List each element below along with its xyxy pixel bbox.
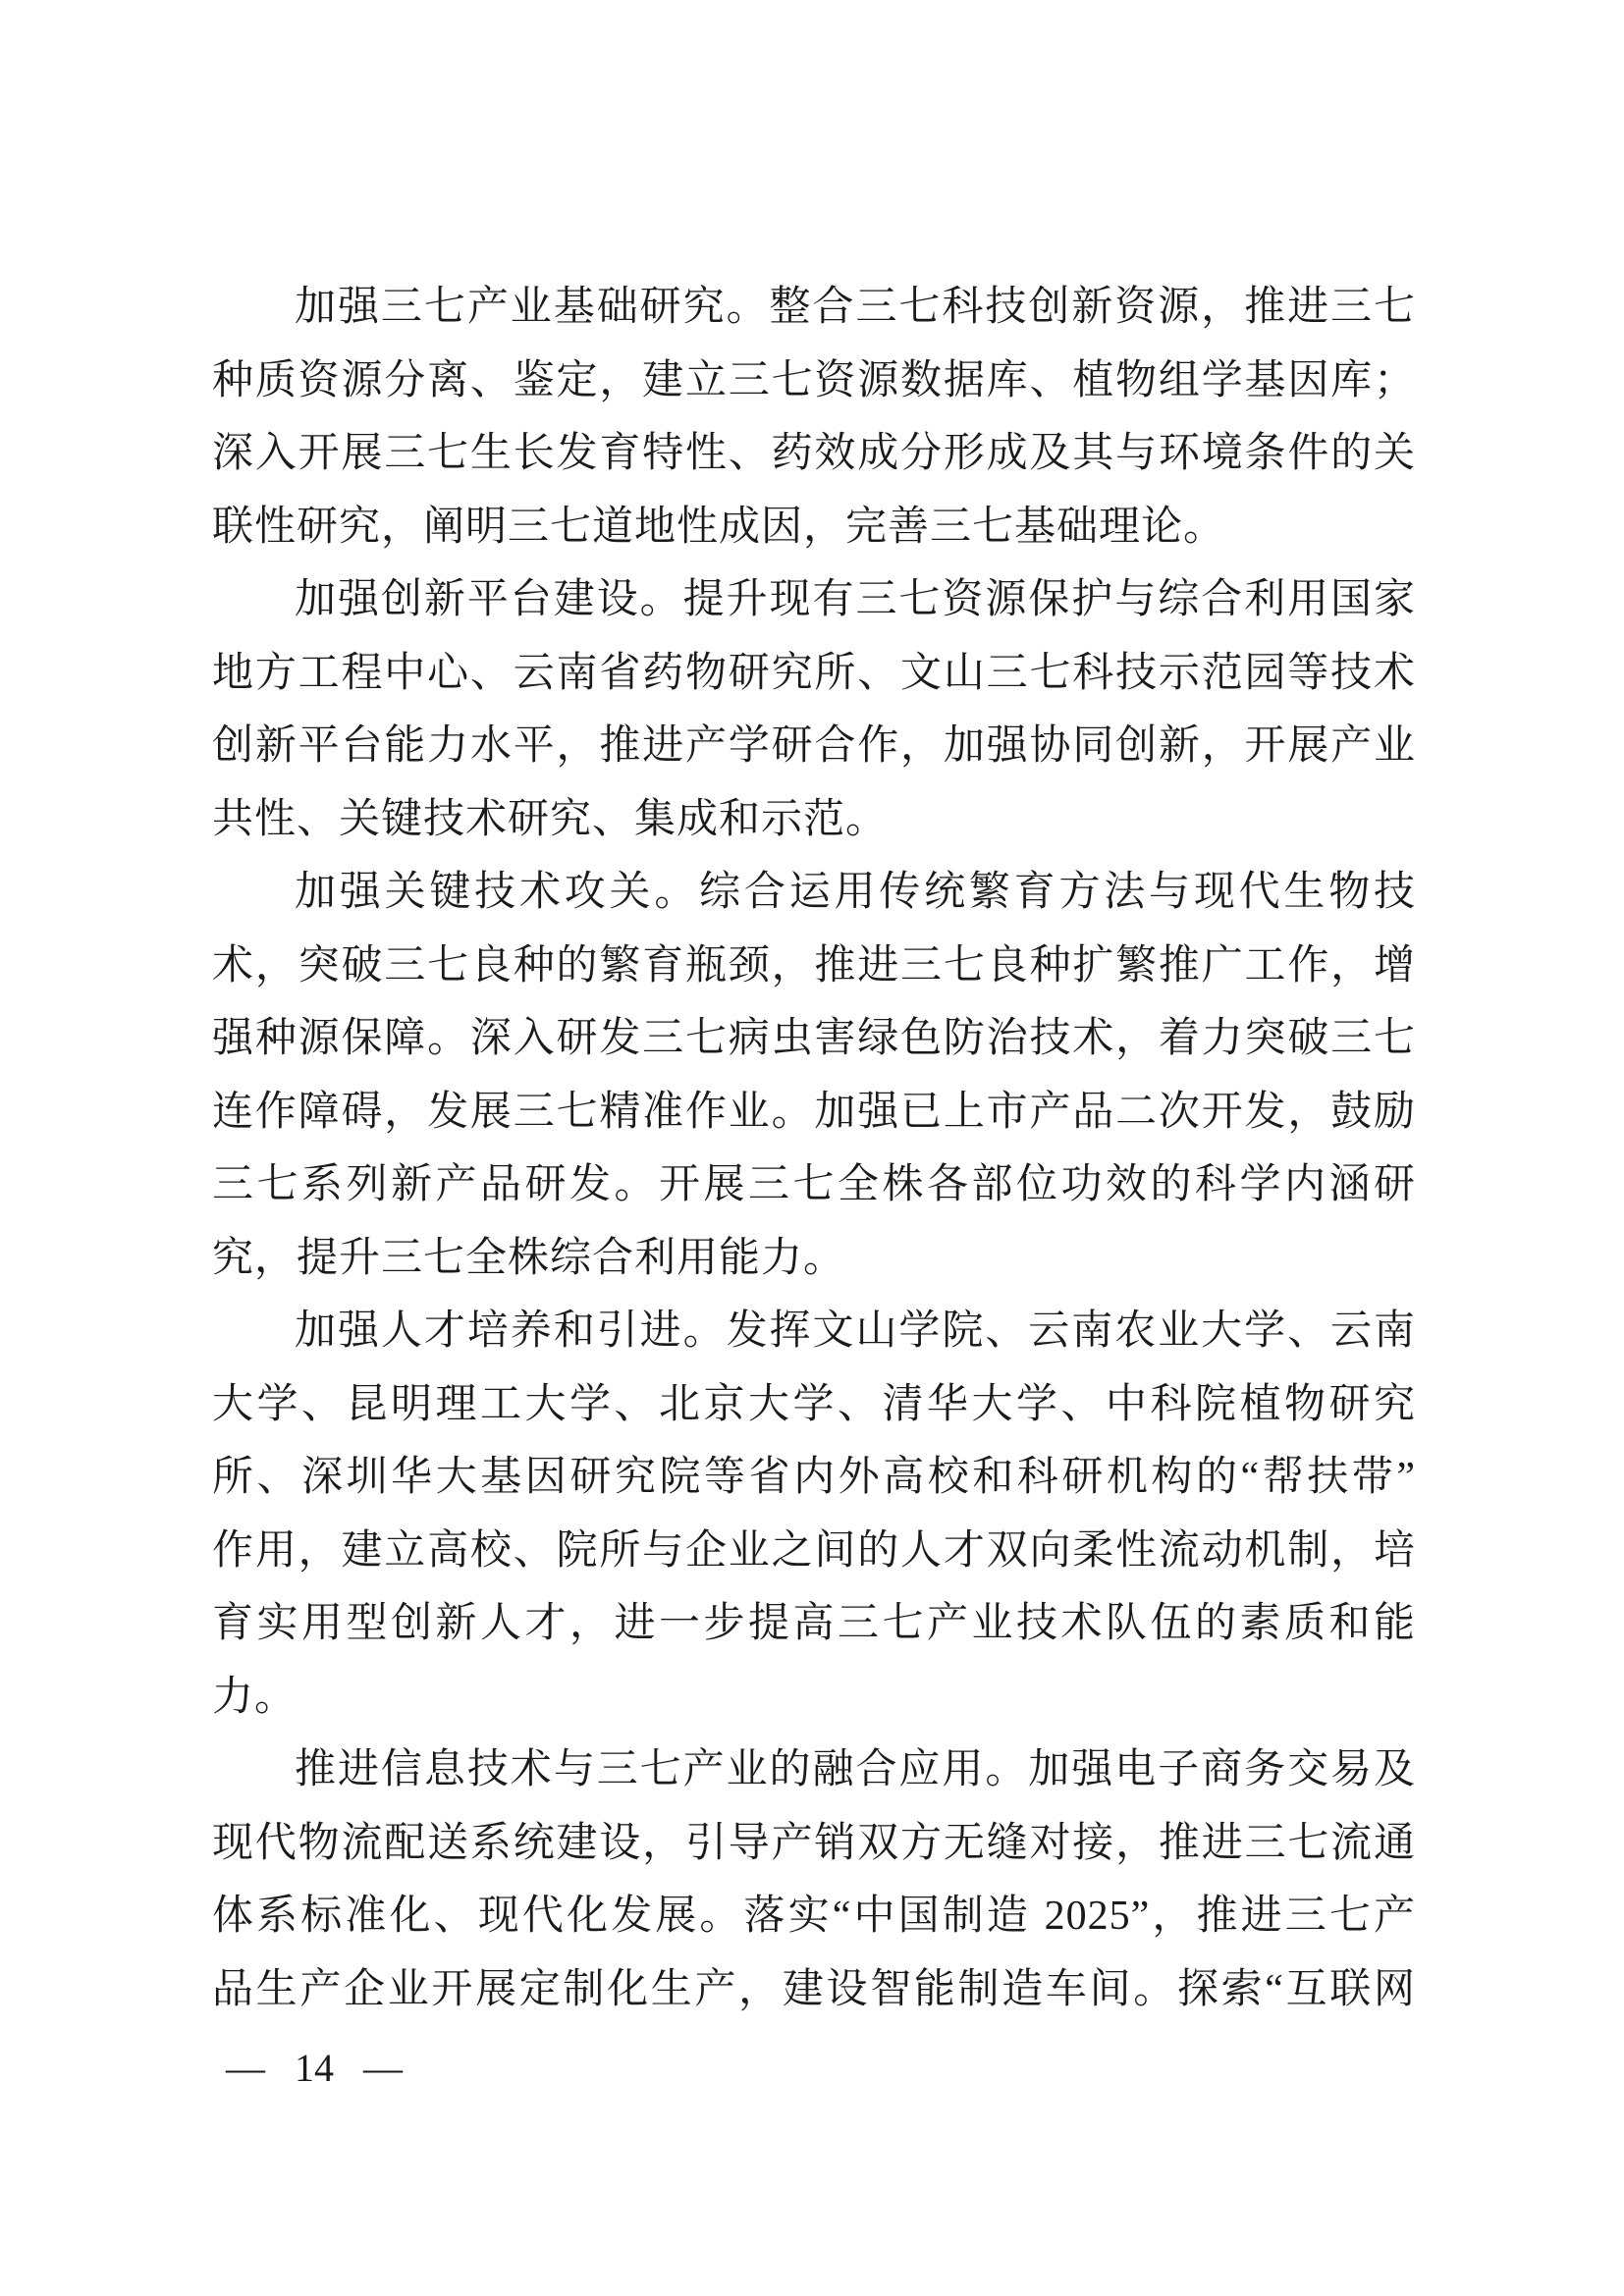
text-line: 术，突破三七良种的繁育瓶颈，推进三七良种扩繁推广工作，增 (212, 930, 1416, 1003)
text-line: 品生产企业开展定制化生产，建设智能制造车间。探索“互联网 (212, 1953, 1416, 2027)
text-line: 加强三七产业基础研究。整合三七科技创新资源，推进三七 (212, 271, 1416, 345)
text-line: 种质资源分离、鉴定，建立三七资源数据库、植物组学基因库； (212, 345, 1416, 418)
text-line: 作用，建立高校、院所与企业之间的人才双向柔性流动机制，培 (212, 1515, 1416, 1588)
text-line: 力。 (212, 1661, 1416, 1735)
text-line: 现代物流配送系统建设，引导产销双方无缝对接，推进三七流通 (212, 1807, 1416, 1881)
text-line: 究，提升三七全株综合利用能力。 (212, 1222, 1416, 1296)
footer-dash-left: — (226, 2044, 265, 2093)
text-line: 加强创新平台建设。提升现有三七资源保护与综合利用国家 (212, 563, 1416, 637)
document-body: 加强三七产业基础研究。整合三七科技创新资源，推进三七种质资源分离、鉴定，建立三七… (212, 271, 1416, 2026)
text-line: 创新平台能力水平，推进产学研合作，加强协同创新，开展产业 (212, 710, 1416, 783)
document-page: 加强三七产业基础研究。整合三七科技创新资源，推进三七种质资源分离、鉴定，建立三七… (0, 0, 1624, 2296)
text-line: 强种源保障。深入研发三七病虫害绿色防治技术，着力突破三七 (212, 1002, 1416, 1076)
text-line: 体系标准化、现代化发展。落实“中国制造 2025”，推进三七产 (212, 1880, 1416, 1953)
text-line: 深入开展三七生长发育特性、药效成分形成及其与环境条件的关 (212, 417, 1416, 491)
text-line: 地方工程中心、云南省药物研究所、文山三七科技示范园等技术 (212, 637, 1416, 711)
text-line: 所、深圳华大基因研究院等省内外高校和科研机构的“帮扶带” (212, 1441, 1416, 1515)
text-line: 加强关键技术攻关。综合运用传统繁育方法与现代生物技 (212, 856, 1416, 930)
text-line: 加强人才培养和引进。发挥文山学院、云南农业大学、云南 (212, 1295, 1416, 1368)
page-footer: — 14 — (226, 2044, 403, 2093)
text-line: 育实用型创新人才，进一步提高三七产业技术队伍的素质和能 (212, 1587, 1416, 1661)
text-line: 大学、昆明理工大学、北京大学、清华大学、中科院植物研究 (212, 1368, 1416, 1442)
text-line: 三七系列新产品研发。开展三七全株各部位功效的科学内涵研 (212, 1148, 1416, 1222)
text-line: 联性研究，阐明三七道地性成因，完善三七基础理论。 (212, 491, 1416, 564)
text-line: 连作障碍，发展三七精准作业。加强已上市产品二次开发，鼓励 (212, 1076, 1416, 1149)
text-line: 推进信息技术与三七产业的融合应用。加强电子商务交易及 (212, 1734, 1416, 1807)
text-line: 共性、关键技术研究、集成和示范。 (212, 783, 1416, 857)
footer-dash-right: — (363, 2044, 403, 2093)
page-number: 14 (295, 2044, 334, 2093)
